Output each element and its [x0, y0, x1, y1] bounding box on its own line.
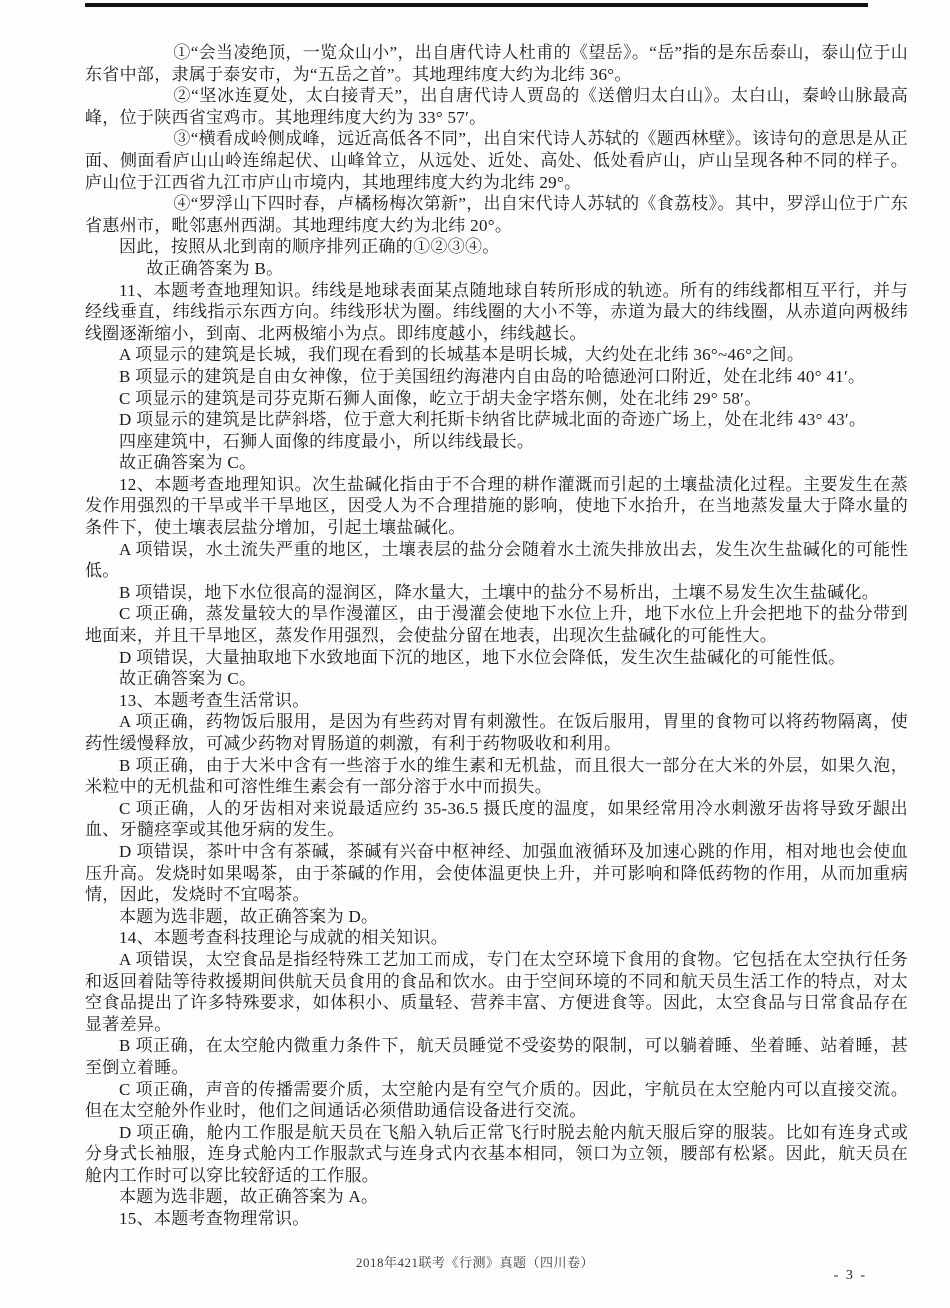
paragraph: 因此，按照从北到南的顺序排列正确的①②③④。 — [85, 236, 908, 258]
paragraph: 15、本题考查物理常识。 — [85, 1208, 908, 1230]
paragraph: B 项正确，在太空舱内微重力条件下，航天员睡觉不受姿势的限制，可以躺着睡、坐着睡… — [85, 1035, 908, 1078]
paragraph: D 项错误，茶叶中含有茶碱，茶碱有兴奋中枢神经、加强血液循环及加速心跳的作用，相… — [85, 841, 908, 906]
paragraph: C 项正确，声音的传播需要介质，太空舱内是有空气介质的。因此，宇航员在太空舱内可… — [85, 1079, 908, 1122]
paragraph: 故正确答案为 B。 — [85, 258, 908, 280]
paragraph: D 项错误，大量抽取地下水致地面下沉的地区，地下水位会降低，发生次生盐碱化的可能… — [85, 647, 908, 669]
paragraph-list: ①“会当凌绝顶，一览众山小”，出自唐代诗人杜甫的《望岳》。“岳”指的是东岳泰山，… — [85, 42, 908, 1230]
paragraph: B 项错误，地下水位很高的湿润区，降水量大，土壤中的盐分不易析出，土壤不易发生次… — [85, 582, 908, 604]
document-page: ①“会当凌绝顶，一览众山小”，出自唐代诗人杜甫的《望岳》。“岳”指的是东岳泰山，… — [0, 0, 950, 1308]
paragraph: 13、本题考查生活常识。 — [85, 690, 908, 712]
paragraph: C 项正确，蒸发量较大的旱作漫灌区，由于漫灌会使地下水位上升，地下水位上升会把地… — [85, 603, 908, 646]
page-number: - 3 - — [834, 1268, 867, 1284]
paragraph: A 项错误，太空食品是指经特殊工艺加工而成，专门在太空环境下食用的食物。它包括在… — [85, 949, 908, 1035]
answer-explanations-text: ①“会当凌绝顶，一览众山小”，出自唐代诗人杜甫的《望岳》。“岳”指的是东岳泰山，… — [85, 42, 908, 1230]
paragraph: ③“横看成岭侧成峰，远近高低各不同”，出自宋代诗人苏轼的《题西林壁》。该诗句的意… — [85, 128, 908, 193]
paragraph: ②“坚冰连夏处，太白接青天”，出自唐代诗人贾岛的《送僧归太白山》。太白山，秦岭山… — [85, 85, 908, 128]
paragraph: 本题为选非题，故正确答案为 D。 — [85, 906, 908, 928]
page-header-rule — [85, 3, 868, 7]
paragraph: D 项显示的建筑是比萨斜塔，位于意大利托斯卡纳省比萨城北面的奇迹广场上，处在北纬… — [85, 409, 908, 431]
paragraph: 本题为选非题，故正确答案为 A。 — [85, 1186, 908, 1208]
paragraph: A 项正确，药物饭后服用，是因为有些药对胃有刺激性。在饭后服用，胃里的食物可以将… — [85, 711, 908, 754]
paragraph: 故正确答案为 C。 — [85, 452, 908, 474]
paragraph: C 项显示的建筑是司芬克斯石狮人面像，屹立于胡夫金字塔东侧，处在北纬 29° 5… — [85, 388, 908, 410]
paragraph: 14、本题考查科技理论与成就的相关知识。 — [85, 927, 908, 949]
paragraph: D 项正确，舱内工作服是航天员在飞船入轨后正常飞行时脱去舱内航天服后穿的服装。比… — [85, 1122, 908, 1187]
paragraph: 故正确答案为 C。 — [85, 668, 908, 690]
paragraph: A 项显示的建筑是长城，我们现在看到的长城基本是明长城，大约处在北纬 36°~4… — [85, 344, 908, 366]
paragraph: ④“罗浮山下四时春，卢橘杨梅次第新”，出自宋代诗人苏轼的《食荔枝》。其中，罗浮山… — [85, 193, 908, 236]
paragraph: C 项正确，人的牙齿相对来说最适应约 35-36.5 摄氏度的温度，如果经常用冷… — [85, 798, 908, 841]
paragraph: 11、本题考查地理知识。纬线是地球表面某点随地球自转所形成的轨迹。所有的纬线都相… — [85, 280, 908, 345]
paragraph: B 项显示的建筑是自由女神像，位于美国纽约海港内自由岛的哈德逊河口附近，处在北纬… — [85, 366, 908, 388]
paragraph: B 项正确，由于大米中含有一些溶于水的维生素和无机盐，而且很大一部分在大米的外层… — [85, 755, 908, 798]
paragraph: ①“会当凌绝顶，一览众山小”，出自唐代诗人杜甫的《望岳》。“岳”指的是东岳泰山，… — [85, 42, 908, 85]
paragraph: 12、本题考查地理知识。次生盐碱化指由于不合理的耕作灌溉而引起的土壤盐渍化过程。… — [85, 474, 908, 539]
paragraph: 四座建筑中，石狮人面像的纬度最小，所以纬线最长。 — [85, 431, 908, 453]
footer-document-title: 2018年421联考《行测》真题（四川卷） — [0, 1252, 950, 1271]
paragraph: A 项错误，水土流失严重的地区，土壤表层的盐分会随着水土流失排放出去，发生次生盐… — [85, 539, 908, 582]
